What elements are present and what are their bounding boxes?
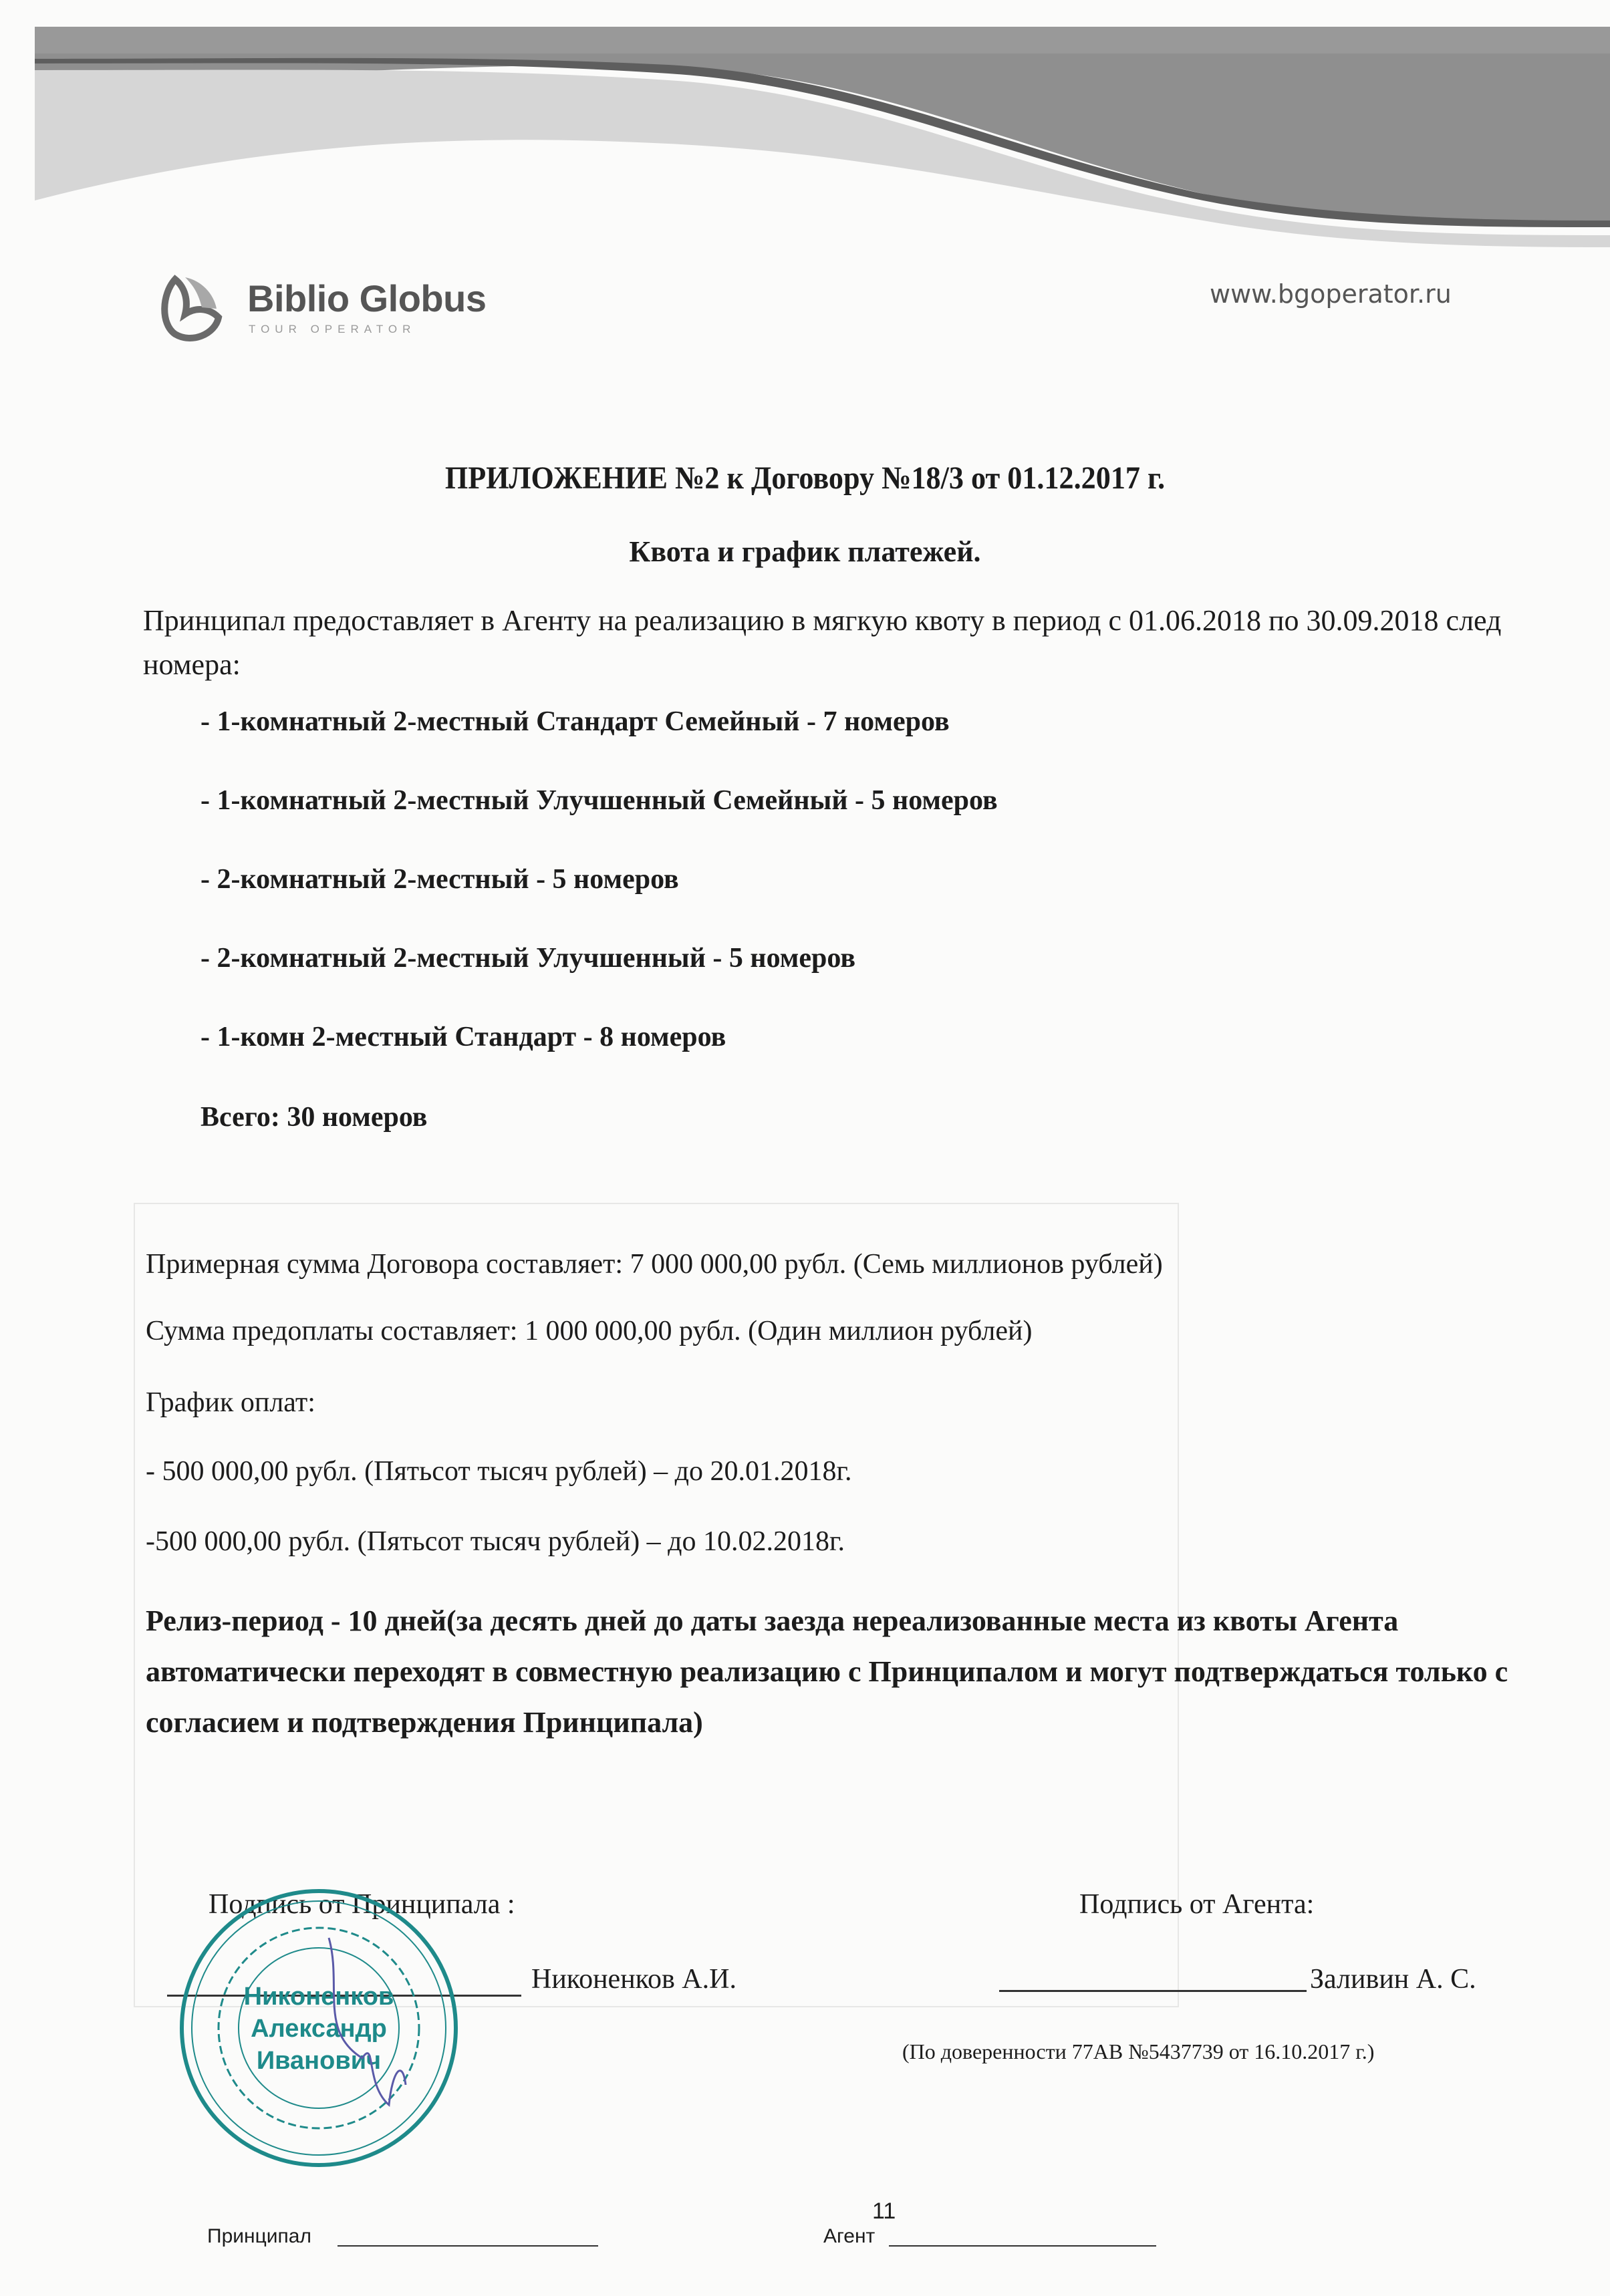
release-period-clause: Релиз-период - 10 дней(за десять дней до…	[146, 1596, 1536, 1748]
document-title: ПРИЛОЖЕНИЕ №2 к Договору №18/3 от 01.12.…	[64, 460, 1545, 496]
brand-name: Biblio Globus	[247, 277, 486, 320]
brand-subtitle: TOUR OPERATOR	[249, 323, 416, 336]
room-quota-list: - 1-комнатный 2-местный Стандарт Семейны…	[200, 702, 1403, 1096]
schedule-item: -500 000,00 рубл. (Пятьсот тысяч рублей)…	[146, 1526, 845, 1558]
agent-signature-label: Подпись от Агента:	[1079, 1888, 1314, 1920]
principal-name: Никоненков А.И.	[531, 1963, 736, 1995]
svg-text:Александр: Александр	[251, 2015, 387, 2043]
brand-logo: Biblio Globus TOUR OPERATOR	[155, 267, 529, 347]
list-item: - 2-комнатный 2-местный Улучшенный - 5 н…	[200, 938, 1403, 1017]
schedule-item: - 500 000,00 рубл. (Пятьсот тысяч рублей…	[146, 1455, 852, 1487]
footer-agent-line	[889, 2245, 1156, 2247]
agent-signature-line	[999, 1990, 1307, 1992]
footer-principal-label: Принципал	[207, 2225, 311, 2248]
footer-agent-label: Агент	[823, 2225, 875, 2248]
page-number: 11	[872, 2198, 896, 2225]
prepayment-sum: Сумма предоплаты составляет: 1 000 000,0…	[146, 1315, 1032, 1347]
biblio-globus-logo-icon	[155, 267, 235, 347]
list-item: - 1-комн 2-местный Стандарт - 8 номеров	[200, 1017, 1403, 1096]
document-subtitle: Квота и график платежей.	[0, 535, 1610, 569]
list-item: - 1-комнатный 2-местный Улучшенный Семей…	[200, 780, 1403, 859]
schedule-title: График оплат:	[146, 1387, 315, 1419]
power-of-attorney: (По доверенности 77АВ №5437739 от 16.10.…	[902, 2039, 1374, 2064]
intro-paragraph: Принципал предоставляет в Агенту на реал…	[143, 599, 1533, 687]
header-wave-banner	[0, 0, 1610, 254]
list-item: - 1-комнатный 2-местный Стандарт Семейны…	[200, 702, 1403, 780]
list-item: - 2-комнатный 2-местный - 5 номеров	[200, 859, 1403, 938]
contract-sum: Примерная сумма Договора составляет: 7 0…	[146, 1248, 1163, 1280]
website-url: www.bgoperator.ru	[1210, 279, 1452, 309]
footer-principal-line	[338, 2245, 598, 2247]
svg-text:Иванович: Иванович	[257, 2047, 381, 2075]
svg-text:Никоненков: Никоненков	[244, 1983, 394, 2011]
company-seal-stamp: Никоненков Александр Иванович	[175, 1884, 462, 2172]
rooms-total: Всего: 30 номеров	[200, 1101, 427, 1133]
agent-name: Заливин А. С.	[1310, 1963, 1476, 1995]
